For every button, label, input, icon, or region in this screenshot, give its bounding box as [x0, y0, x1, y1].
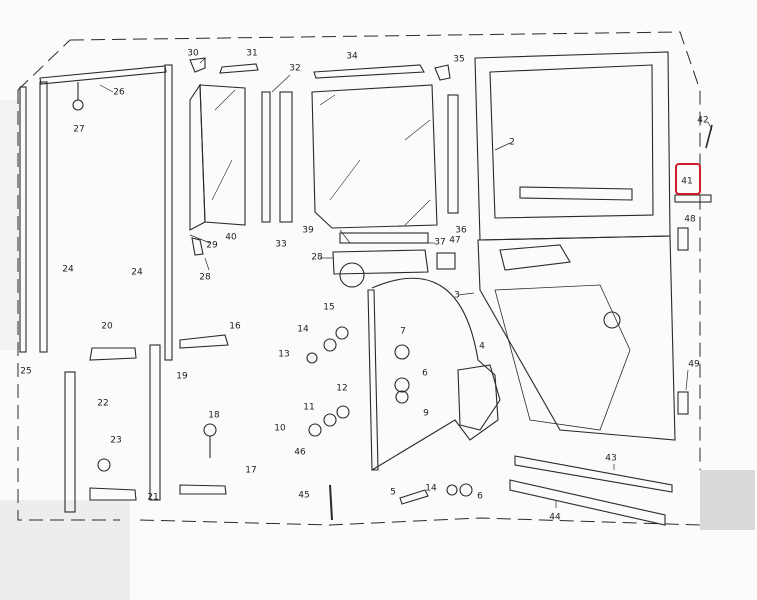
callout-41[interactable]: 41: [681, 178, 692, 187]
callout-4: 4: [479, 343, 485, 352]
part-39-glass: [312, 85, 437, 228]
callout-49: 49: [688, 361, 699, 370]
part-32-channel: [262, 92, 270, 222]
callout-15: 15: [323, 304, 334, 313]
callout-47: 47: [449, 237, 460, 246]
callout-45: 45: [298, 492, 309, 501]
callout-31: 31: [246, 50, 257, 59]
callout-2: 2: [509, 139, 515, 148]
callout-26: 26: [113, 89, 124, 98]
scan-noise: [0, 100, 755, 600]
callout-23: 23: [110, 437, 121, 446]
callout-24b: 24: [131, 269, 142, 278]
callout-12: 12: [336, 385, 347, 394]
part-49-hinge: [678, 392, 688, 414]
part-23-screw: [98, 459, 110, 471]
callout-28b: 28: [199, 274, 210, 283]
callout-46: 46: [294, 449, 305, 458]
callout-17: 17: [245, 467, 256, 476]
part-21-trim: [90, 488, 136, 500]
callout-24a: 24: [62, 266, 73, 275]
callout-5: 5: [390, 489, 396, 498]
callout-39: 39: [302, 227, 313, 236]
part-41-strip: [675, 195, 711, 202]
part-24-seal-left: [40, 82, 47, 352]
callout-18: 18: [208, 412, 219, 421]
callout-34: 34: [346, 53, 357, 62]
part-37-strip: [340, 233, 428, 243]
part-48-hinge: [678, 228, 688, 250]
parts-diagram: 2 3 4 5 6 6 7 8 9 10 11 12 13 14 14 15 1…: [0, 0, 757, 600]
part-25-seal: [20, 87, 26, 352]
callout-42: 42: [697, 117, 708, 126]
callout-27: 27: [73, 126, 84, 135]
part-20-trim: [90, 348, 136, 360]
part-27-clip: [73, 100, 83, 110]
part-26-rail: [40, 66, 166, 84]
callout-32: 32: [289, 65, 300, 74]
callout-48: 48: [684, 216, 695, 225]
callout-44: 44: [549, 514, 560, 523]
part-19-seal: [150, 345, 160, 500]
callout-22: 22: [97, 400, 108, 409]
part-47-clip: [437, 253, 455, 269]
part-40-glass: [200, 85, 245, 225]
part-24-seal-right: [165, 65, 172, 360]
callout-14b: 14: [425, 485, 436, 494]
callout-14a: 14: [297, 326, 308, 335]
part-22-channel: [65, 372, 75, 512]
callout-10: 10: [274, 425, 285, 434]
callout-7: 7: [400, 328, 406, 337]
callout-11: 11: [303, 404, 314, 413]
callout-35: 35: [453, 56, 464, 65]
callout-6b: 6: [477, 493, 483, 502]
callout-28a: 28: [311, 254, 322, 263]
boundary-outline: [18, 32, 700, 525]
part-34-strip: [314, 65, 424, 78]
part-17-trim: [180, 485, 226, 494]
part-33-channel: [280, 92, 292, 222]
callout-21: 21: [147, 494, 158, 503]
part-35-bracket: [435, 65, 450, 80]
callout-16: 16: [229, 323, 240, 332]
callout-25: 25: [20, 368, 31, 377]
callout-40: 40: [225, 234, 236, 243]
callout-13: 13: [278, 351, 289, 360]
part-28-bracket: [192, 238, 203, 255]
callout-30: 30: [187, 50, 198, 59]
part-31-strip: [220, 64, 258, 73]
part-4-regulator: [372, 278, 498, 470]
part-38-housing: [333, 250, 428, 274]
part-36-channel: [448, 95, 458, 213]
callout-33: 33: [275, 241, 286, 250]
callout-3: 3: [454, 292, 460, 301]
callout-6a: 6: [422, 370, 428, 379]
callout-19: 19: [176, 373, 187, 382]
part-16-trim: [180, 335, 228, 348]
callout-9: 9: [423, 410, 429, 419]
callout-20: 20: [101, 323, 112, 332]
callout-37: 37: [434, 239, 445, 248]
callout-36: 36: [455, 227, 466, 236]
callout-43: 43: [605, 455, 616, 464]
callout-29: 29: [206, 242, 217, 251]
